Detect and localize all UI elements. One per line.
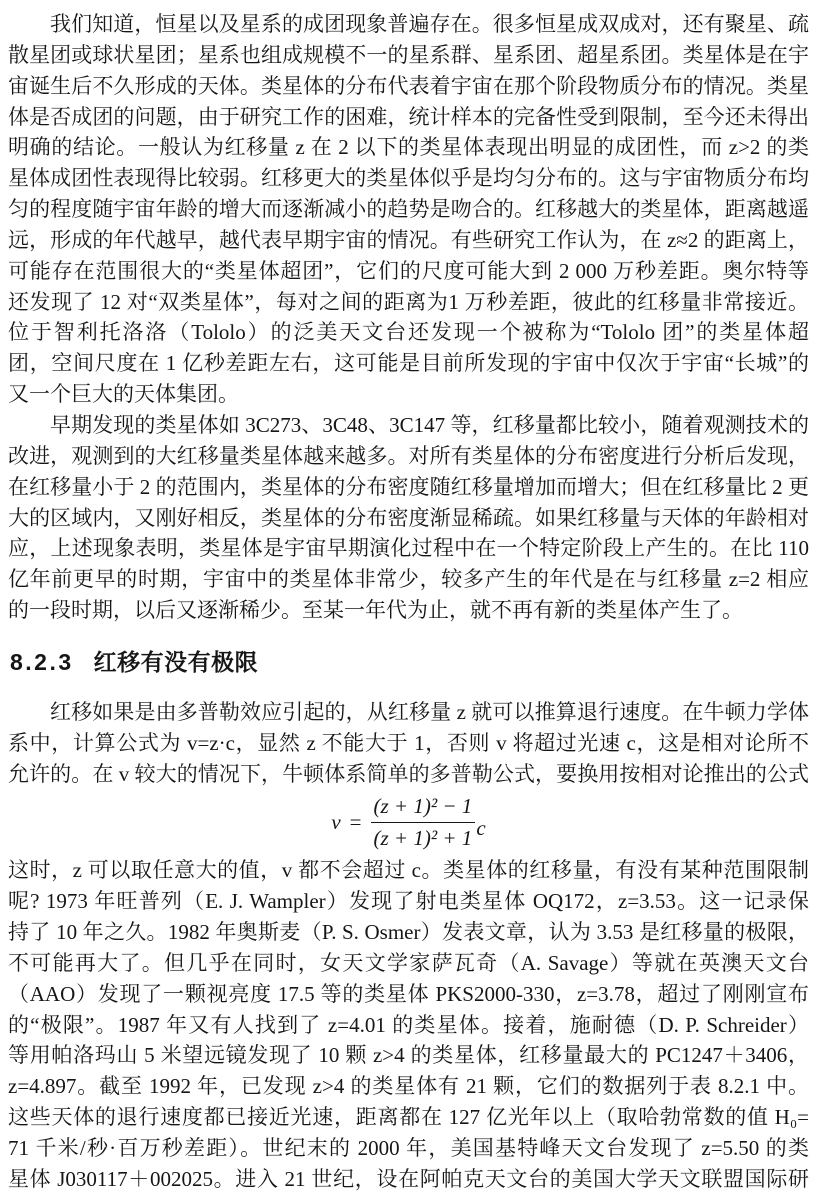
text-line: 应，上述现象表明，类星体是宇宙早期演化过程中在一个特定阶段上产生的。在比 110 (8, 533, 809, 564)
text-line: 这些天体的退行速度都已接近光速，距离都在 127 亿光年以上（取哈勃常数的值 H… (8, 1102, 809, 1133)
formula-factor-c: c (476, 816, 485, 841)
text-line: 在红移量小于 2 的范围内，类星体的分布密度随红移量增加而增大；但在红移量比 2… (8, 472, 809, 503)
text-line: 体是否成团的问题，由于研究工作的困难，统计样本的完备性受到限制，至今还未得出 (8, 102, 809, 133)
book-page: 我们知道，恒星以及星系的成团现象普遍存在。很多恒星成双成对，还有聚星、疏散星团或… (0, 0, 817, 1202)
section-number: 8.2.3 (10, 649, 74, 675)
text-line: 不可能再大了。但几乎在同时，女天文学家萨瓦奇（A. Savage）等就在英澳天文… (8, 948, 809, 979)
paragraph-redshift-density: 早期发现的类星体如 3C273、3C48、3C147 等，红移量都比较小，随着观… (8, 410, 809, 626)
text-line: 位于智利托洛洛（Tololo）的泛美天文台还发现一个被称为“Tololo 团”的… (8, 317, 809, 348)
text-line: 等用帕洛玛山 5 米望远镜发现了 10 颗 z>4 的类星体，红移量最大的 PC… (8, 1040, 809, 1071)
text-line: 的一段时期，以后又逐渐稀少。至某一年代为止，就不再有新的类星体产生了。 (8, 595, 809, 626)
formula-numerator: (z + 1)² − 1 (371, 794, 476, 823)
formula-fraction: (z + 1)² − 1 (z + 1)² + 1 (371, 794, 476, 851)
paragraph-redshift-limit-records: 这时，z 可以取任意大的值，v 都不会超过 c。类星体的红移量，有没有某种范围限… (8, 855, 809, 1194)
formula-denominator: (z + 1)² + 1 (371, 823, 476, 851)
text-line: z=4.897。截至 1992 年，已发现 z>4 的类星体有 21 颗，它们的… (8, 1071, 809, 1102)
text-line: 远，形成的年代越早，越代表早期宇宙的情况。有些研究工作认为，在 z≈2 的距离上… (8, 225, 809, 256)
text-line: 的“极限”。1987 年又有人找到了 z=4.01 的类星体。接着，施耐德（D.… (8, 1010, 809, 1041)
text-line: 呢? 1973 年旺普列（E. J. Wampler）发现了射电类星体 OQ17… (8, 886, 809, 917)
section-heading: 8.2.3红移有没有极限 (10, 646, 809, 678)
text-line: （AAO）发现了一颗视亮度 17.5 等的类星体 PKS2000-330，z=3… (8, 979, 809, 1010)
text-line: 明确的结论。一般认为红移量 z 在 2 以下的类星体表现出明显的成团性，而 z>… (8, 132, 809, 163)
text-line: 系中，计算公式为 v=z·c，显然 z 不能大于 1，否则 v 将超过光速 c，… (8, 728, 809, 759)
paragraph-doppler-intro: 红移如果是由多普勒效应引起的，从红移量 z 就可以推算退行速度。在牛顿力学体系中… (8, 697, 809, 790)
text-line: 还发现了 12 对“双类星体”，每对之间的距离为1 万秒差距，彼此的红移量非常接… (8, 287, 809, 318)
text-line: 持了 10 年之久。1982 年奥斯麦（P. S. Osmer）发表文章，认为 … (8, 917, 809, 948)
relativistic-doppler-formula: v = (z + 1)² − 1 (z + 1)² + 1 c (8, 789, 809, 855)
text-line: 早期发现的类星体如 3C273、3C48、3C147 等，红移量都比较小，随着观… (8, 410, 809, 441)
text-line: 团，空间尺度在 1 亿秒差距左右，这可能是目前所发现的宇宙中仅次于宇宙“长城”的 (8, 348, 809, 379)
text-line: 大的区域内，又刚好相反，类星体的分布密度渐显稀疏。如果红移量与天体的年龄相对 (8, 503, 809, 534)
formula-equals: = (350, 810, 362, 835)
text-line: 又一个巨大的天体集团。 (8, 379, 809, 410)
text-line: 宙诞生后不久形成的天体。类星体的分布代表着宇宙在那个阶段物质分布的情况。类星 (8, 71, 809, 102)
text-line: 星体成团性表现得比较弱。红移更大的类星体似乎是均匀分布的。这与宇宙物质分布均 (8, 163, 809, 194)
paragraph-quasar-clustering: 我们知道，恒星以及星系的成团现象普遍存在。很多恒星成双成对，还有聚星、疏散星团或… (8, 9, 809, 410)
text-line: 可能存在范围很大的“类星体超团”，它们的尺度可能大到 2 000 万秒差距。奥尔… (8, 256, 809, 287)
text-line: 改进，观测到的大红移量类星体越来越多。对所有类星体的分布密度进行分析后发现， (8, 441, 809, 472)
formula-lhs: v (331, 810, 340, 835)
section-title: 红移有没有极限 (94, 649, 259, 675)
text-line: 亿年前更早的时期，宇宙中的类星体非常少，较多产生的年代是在与红移量 z=2 相应 (8, 564, 809, 595)
text-line: 允许的。在 v 较大的情况下，牛顿体系简单的多普勒公式，要换用按相对论推出的公式 (8, 759, 809, 790)
text-line: 星体 J030117＋002025。进入 21 世纪，设在阿帕克天文台的美国大学… (8, 1164, 809, 1195)
text-line: 红移如果是由多普勒效应引起的，从红移量 z 就可以推算退行速度。在牛顿力学体 (8, 697, 809, 728)
text-line: 匀的程度随宇宙年龄的增大而逐渐减小的趋势是吻合的。红移越大的类星体，距离越遥 (8, 194, 809, 225)
text-line: 这时，z 可以取任意大的值，v 都不会超过 c。类星体的红移量，有没有某种范围限… (8, 855, 809, 886)
text-line: 散星团或球状星团；星系也组成规模不一的星系群、星系团、超星系团。类星体是在宇 (8, 40, 809, 71)
text-line: 71 千米/秒·百万秒差距）。世纪末的 2000 年，美国基特峰天文台发现了 z… (8, 1133, 809, 1164)
text-line: 我们知道，恒星以及星系的成团现象普遍存在。很多恒星成双成对，还有聚星、疏 (8, 9, 809, 40)
